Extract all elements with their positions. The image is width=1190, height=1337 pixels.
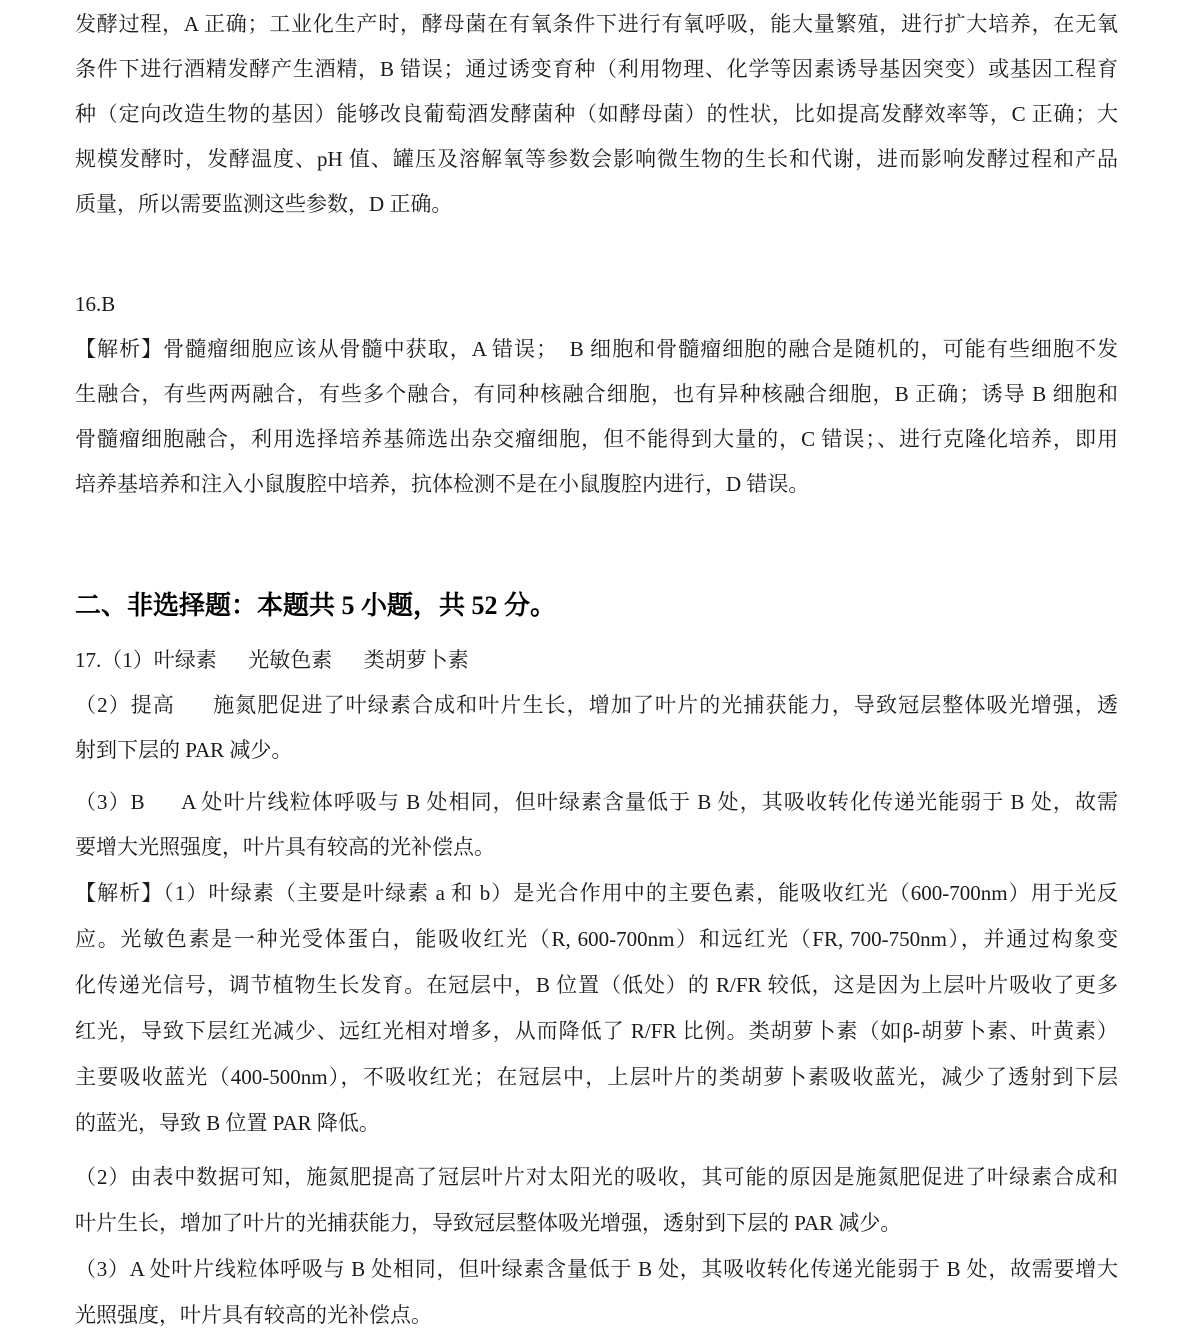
text-line: 叶片生长，增加了叶片的光捕获能力，导致冠层整体吸光增强，透射到下层的 PAR 减… — [75, 1200, 1118, 1246]
text-line: 射到下层的 PAR 减少。 — [75, 728, 1118, 773]
text-line: 骨髓瘤细胞融合，利用选择培养基筛选出杂交瘤细胞，但不能得到大量的，C 错误；、进… — [75, 417, 1118, 462]
text-line: （2）提高 施氮肥促进了叶绿素合成和叶片生长，增加了叶片的光捕获能力，导致冠层整… — [75, 683, 1118, 728]
text-line: 种（定向改造生物的基因）能够改良葡萄酒发酵菌种（如酵母菌）的性状，比如提高发酵效… — [75, 92, 1118, 137]
text-line: 要增大光照强度，叶片具有较高的光补偿点。 — [75, 825, 1118, 870]
text-line: 发酵过程，A 正确；工业化生产时，酵母菌在有氧条件下进行有氧呼吸，能大量繁殖，进… — [75, 2, 1118, 47]
q17-explanation1-paragraph: 【解析】（1）叶绿素（主要是叶绿素 a 和 b）是光合作用中的主要色素，能吸收红… — [75, 870, 1118, 1146]
text-line: 质量，所以需要监测这些参数，D 正确。 — [75, 182, 1118, 227]
text-line: 规模发酵时，发酵温度、pH 值、罐压及溶解氧等参数会影响微生物的生长和代谢，进而… — [75, 137, 1118, 182]
text-line: 光照强度，叶片具有较高的光补偿点。 — [75, 1292, 1118, 1337]
exam-answer-page: 发酵过程，A 正确；工业化生产时，酵母菌在有氧条件下进行有氧呼吸，能大量繁殖，进… — [0, 0, 1190, 1337]
text-line: 【解析】骨髓瘤细胞应该从骨髓中获取，A 错误； B 细胞和骨髓瘤细胞的融合是随机… — [75, 327, 1118, 372]
text-line: 条件下进行酒精发酵产生酒精，B 错误；通过诱变育种（利用物理、化学等因素诱导基因… — [75, 47, 1118, 92]
q16-explanation-paragraph: 【解析】骨髓瘤细胞应该从骨髓中获取，A 错误； B 细胞和骨髓瘤细胞的融合是随机… — [75, 327, 1118, 507]
text-line: 的蓝光，导致 B 位置 PAR 降低。 — [75, 1100, 1118, 1146]
text-line: （2）由表中数据可知，施氮肥提高了冠层叶片对太阳光的吸收，其可能的原因是施氮肥促… — [75, 1154, 1118, 1200]
q16-answer: 16.B — [75, 282, 1118, 327]
q15-explanation-paragraph: 发酵过程，A 正确；工业化生产时，酵母菌在有氧条件下进行有氧呼吸，能大量繁殖，进… — [75, 2, 1118, 227]
text-line: 【解析】（1）叶绿素（主要是叶绿素 a 和 b）是光合作用中的主要色素，能吸收红… — [75, 870, 1118, 916]
text-line: （3）B A 处叶片线粒体呼吸与 B 处相同，但叶绿素含量低于 B 处，其吸收转… — [75, 780, 1118, 825]
text-line: （3）A 处叶片线粒体呼吸与 B 处相同，但叶绿素含量低于 B 处，其吸收转化传… — [75, 1246, 1118, 1292]
section-heading: 二、非选择题：本题共 5 小题，共 52 分。 — [75, 583, 1118, 628]
q17-answer2-paragraph: （2）提高 施氮肥促进了叶绿素合成和叶片生长，增加了叶片的光捕获能力，导致冠层整… — [75, 683, 1118, 773]
q17-explanation3-paragraph: （3）A 处叶片线粒体呼吸与 B 处相同，但叶绿素含量低于 B 处，其吸收转化传… — [75, 1246, 1118, 1337]
text-line: 红光，导致下层红光减少、远红光相对增多，从而降低了 R/FR 比例。类胡萝卜素（… — [75, 1008, 1118, 1054]
q17-answer3-paragraph: （3）B A 处叶片线粒体呼吸与 B 处相同，但叶绿素含量低于 B 处，其吸收转… — [75, 780, 1118, 870]
text-line: 生融合，有些两两融合，有些多个融合，有同种核融合细胞，也有异种核融合细胞，B 正… — [75, 372, 1118, 417]
text-line: 培养基培养和注入小鼠腹腔中培养，抗体检测不是在小鼠腹腔内进行，D 错误。 — [75, 462, 1118, 507]
text-line: 应。光敏色素是一种光受体蛋白，能吸收红光（R, 600-700nm）和远红光（F… — [75, 916, 1118, 962]
q17-explanation2-paragraph: （2）由表中数据可知，施氮肥提高了冠层叶片对太阳光的吸收，其可能的原因是施氮肥促… — [75, 1154, 1118, 1246]
text-line: 主要吸收蓝光（400-500nm），不吸收红光；在冠层中，上层叶片的类胡萝卜素吸… — [75, 1054, 1118, 1100]
text-line: 化传递光信号，调节植物生长发育。在冠层中，B 位置（低处）的 R/FR 较低，这… — [75, 962, 1118, 1008]
q17-answer1: 17.（1）叶绿素 光敏色素 类胡萝卜素 — [75, 638, 1118, 683]
